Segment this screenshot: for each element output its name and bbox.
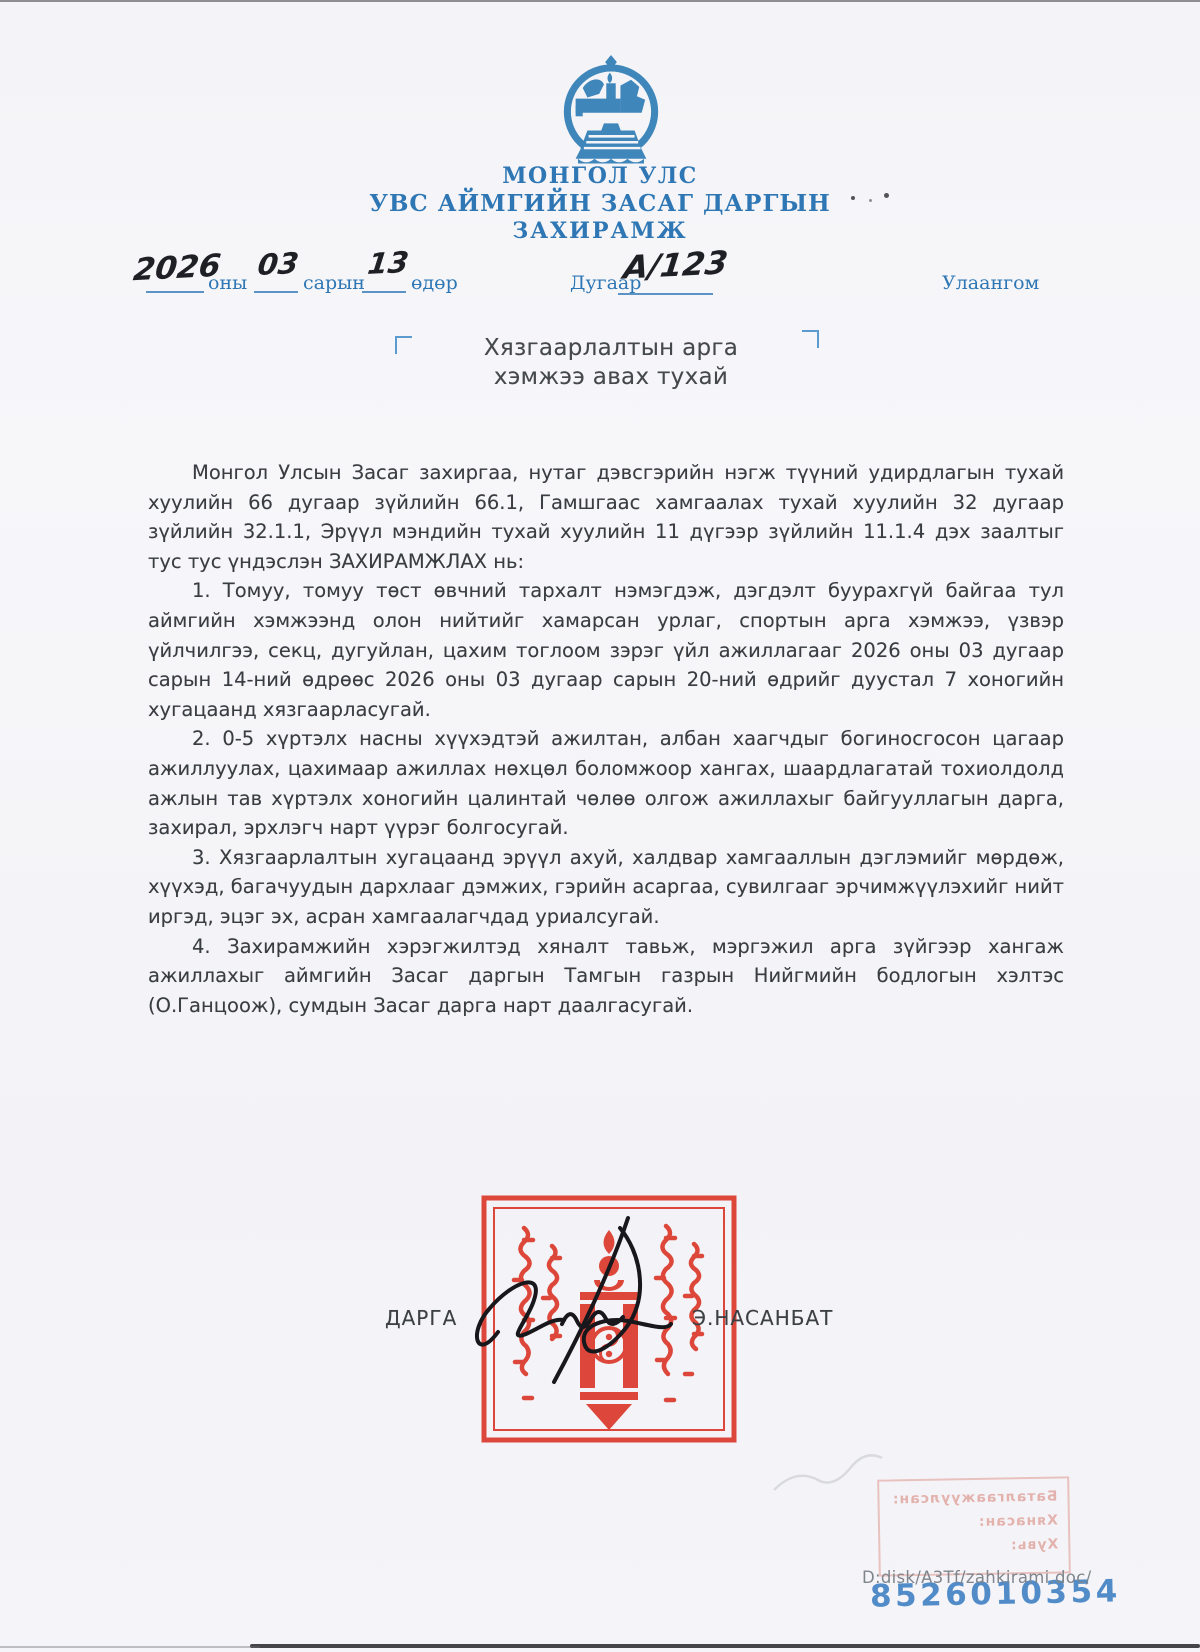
scan-artifact-top-edge xyxy=(0,0,1200,2)
month-label: сарын xyxy=(303,272,365,294)
letterhead-doc-type: ЗАХИРАМЖ xyxy=(0,218,1200,244)
signer-position-label: ДАРГА xyxy=(385,1306,457,1330)
scan-artifact-bottom-edge-faint xyxy=(0,1646,260,1648)
handwritten-month: 03 xyxy=(256,246,301,282)
bleed-stamp-line: Хувь: xyxy=(890,1533,1058,1560)
mongolia-state-emblem-icon xyxy=(552,55,670,167)
decree-item-2: 2. 0-5 хүртэлх насны хүүхэдтэй ажилтан, … xyxy=(148,724,1064,842)
handwritten-day: 13 xyxy=(366,245,411,281)
governor-signature xyxy=(468,1212,698,1392)
year-blank-line xyxy=(146,291,204,293)
month-blank-line xyxy=(254,291,298,293)
day-label: өдөр xyxy=(411,272,458,294)
title-bracket-right-icon xyxy=(802,330,819,348)
number-blank-line xyxy=(618,293,713,295)
decree-item-1: 1. Томуу, томуу төст өвчний тархалт нэмэ… xyxy=(148,576,1064,724)
year-label: оны xyxy=(208,272,247,294)
letterhead-country: МОНГОЛ УЛС xyxy=(0,163,1200,189)
letterhead-issuer: УВС АЙМГИЙН ЗАСАГ ДАРГЫН xyxy=(0,190,1200,217)
document-title-line2: хэмжээ авах тухай xyxy=(451,363,771,392)
pencil-bleed-mark xyxy=(772,1448,892,1508)
decree-item-4: 4. Захирамжийн хэрэгжилтэд хяналт тавьж,… xyxy=(148,932,1064,1021)
document-title-line1: Хязгаарлалтын арга xyxy=(451,334,771,363)
day-blank-line xyxy=(362,291,406,293)
bleed-stamp-line: Баталгаажуулсан: xyxy=(889,1485,1057,1512)
bleed-stamp-line: Хянасан: xyxy=(890,1509,1058,1536)
decree-item-3: 3. Хязгаарлалтын хугацаанд эрүүл ахуй, х… xyxy=(148,843,1064,932)
preamble-paragraph: Монгол Улсын Засаг захиргаа, нутаг дэвсг… xyxy=(148,458,1064,576)
decree-body: Монгол Улсын Засаг захиргаа, нутаг дэвсг… xyxy=(148,458,1064,1020)
city-label: Улаангом xyxy=(942,272,1039,294)
handwritten-number: А/123 xyxy=(621,243,730,286)
scanned-decree-page: МОНГОЛ УЛС УВС АЙМГИЙН ЗАСАГ ДАРГЫН ЗАХИ… xyxy=(0,0,1200,1652)
document-file-path: D:disk/A3Tf/zahkirami.doc/ xyxy=(862,1568,1091,1587)
scan-artifact-bottom-edge xyxy=(250,1644,1200,1648)
title-bracket-left-icon xyxy=(395,336,412,354)
document-title: Хязгаарлалтын арга хэмжээ авах тухай xyxy=(451,334,771,392)
bleed-through-stamp: Баталгаажуулсан: Хянасан: Хувь: xyxy=(877,1476,1071,1576)
signer-name: Э.НАСАНБАТ xyxy=(692,1306,833,1330)
